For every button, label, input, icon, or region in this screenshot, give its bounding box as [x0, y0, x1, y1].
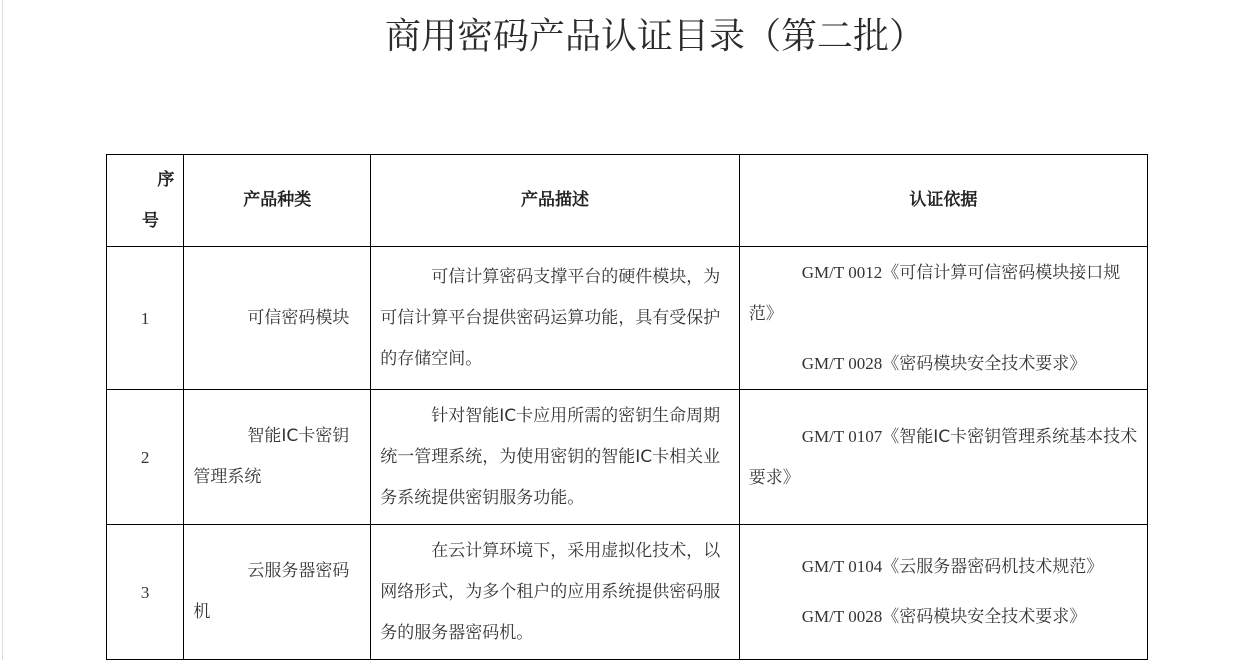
standard-code: GM/T 0028: [802, 354, 882, 373]
page-left-border: [2, 0, 3, 660]
row-number: 3: [107, 525, 184, 660]
row-number: 2: [107, 390, 184, 525]
certification-basis: GM/T 0012《可信计算可信密码模块接口规范》 GM/T 0028《密码模块…: [739, 247, 1147, 390]
header-serial-number: 序 号: [107, 155, 184, 247]
standard-reference: GM/T 0107《智能IC卡密钥管理系统基本技术要求》: [749, 416, 1138, 499]
header-product-type: 产品种类: [184, 155, 371, 247]
product-type: 云服务器密码机: [184, 525, 371, 660]
row-number: 1: [107, 247, 184, 390]
standard-code: GM/T 0012: [802, 263, 882, 282]
product-type: 智能IC卡密钥管理系统: [184, 390, 371, 525]
standard-reference: GM/T 0028《密码模块安全技术要求》: [749, 596, 1138, 638]
standard-reference: GM/T 0104《云服务器密码机技术规范》: [749, 546, 1138, 588]
document-title: 商用密码产品认证目录（第二批）: [0, 12, 1250, 62]
standard-code: GM/T 0107: [802, 427, 882, 446]
certification-catalog-table: 序 号 产品种类 产品描述 认证依据 1 可信密码模块 可信计算密码支撑平台的硬…: [106, 154, 1148, 660]
certification-basis: GM/T 0107《智能IC卡密钥管理系统基本技术要求》: [739, 390, 1147, 525]
product-description: 可信计算密码支撑平台的硬件模块，为可信计算平台提供密码运算功能，具有受保护的存储…: [371, 247, 739, 390]
standard-name: 《云服务器密码机技术规范》: [882, 557, 1103, 577]
standard-name: 《密码模块安全技术要求》: [882, 607, 1086, 627]
table-row: 1 可信密码模块 可信计算密码支撑平台的硬件模块，为可信计算平台提供密码运算功能…: [107, 247, 1148, 390]
header-serial-number-line2: 号: [116, 201, 174, 242]
header-product-description: 产品描述: [371, 155, 739, 247]
table-row: 3 云服务器密码机 在云计算环境下，采用虚拟化技术，以网络形式，为多个租户的应用…: [107, 525, 1148, 660]
standard-reference: GM/T 0012《可信计算可信密码模块接口规范》: [749, 252, 1138, 335]
certification-basis: GM/T 0104《云服务器密码机技术规范》 GM/T 0028《密码模块安全技…: [739, 525, 1147, 660]
product-type: 可信密码模块: [184, 247, 371, 390]
standard-code: GM/T 0104: [802, 557, 882, 576]
product-description: 在云计算环境下，采用虚拟化技术，以网络形式，为多个租户的应用系统提供密码服务的服…: [371, 525, 739, 660]
standard-name: 《密码模块安全技术要求》: [882, 354, 1086, 374]
standard-reference: GM/T 0028《密码模块安全技术要求》: [749, 343, 1138, 385]
header-certification-basis: 认证依据: [739, 155, 1147, 247]
table-header-row: 序 号 产品种类 产品描述 认证依据: [107, 155, 1148, 247]
product-description: 针对智能IC卡应用所需的密钥生命周期统一管理系统，为使用密钥的智能IC卡相关业务…: [371, 390, 739, 525]
standard-code: GM/T 0028: [802, 607, 882, 626]
table-row: 2 智能IC卡密钥管理系统 针对智能IC卡应用所需的密钥生命周期统一管理系统，为…: [107, 390, 1148, 525]
header-serial-number-line1: 序: [116, 160, 174, 201]
